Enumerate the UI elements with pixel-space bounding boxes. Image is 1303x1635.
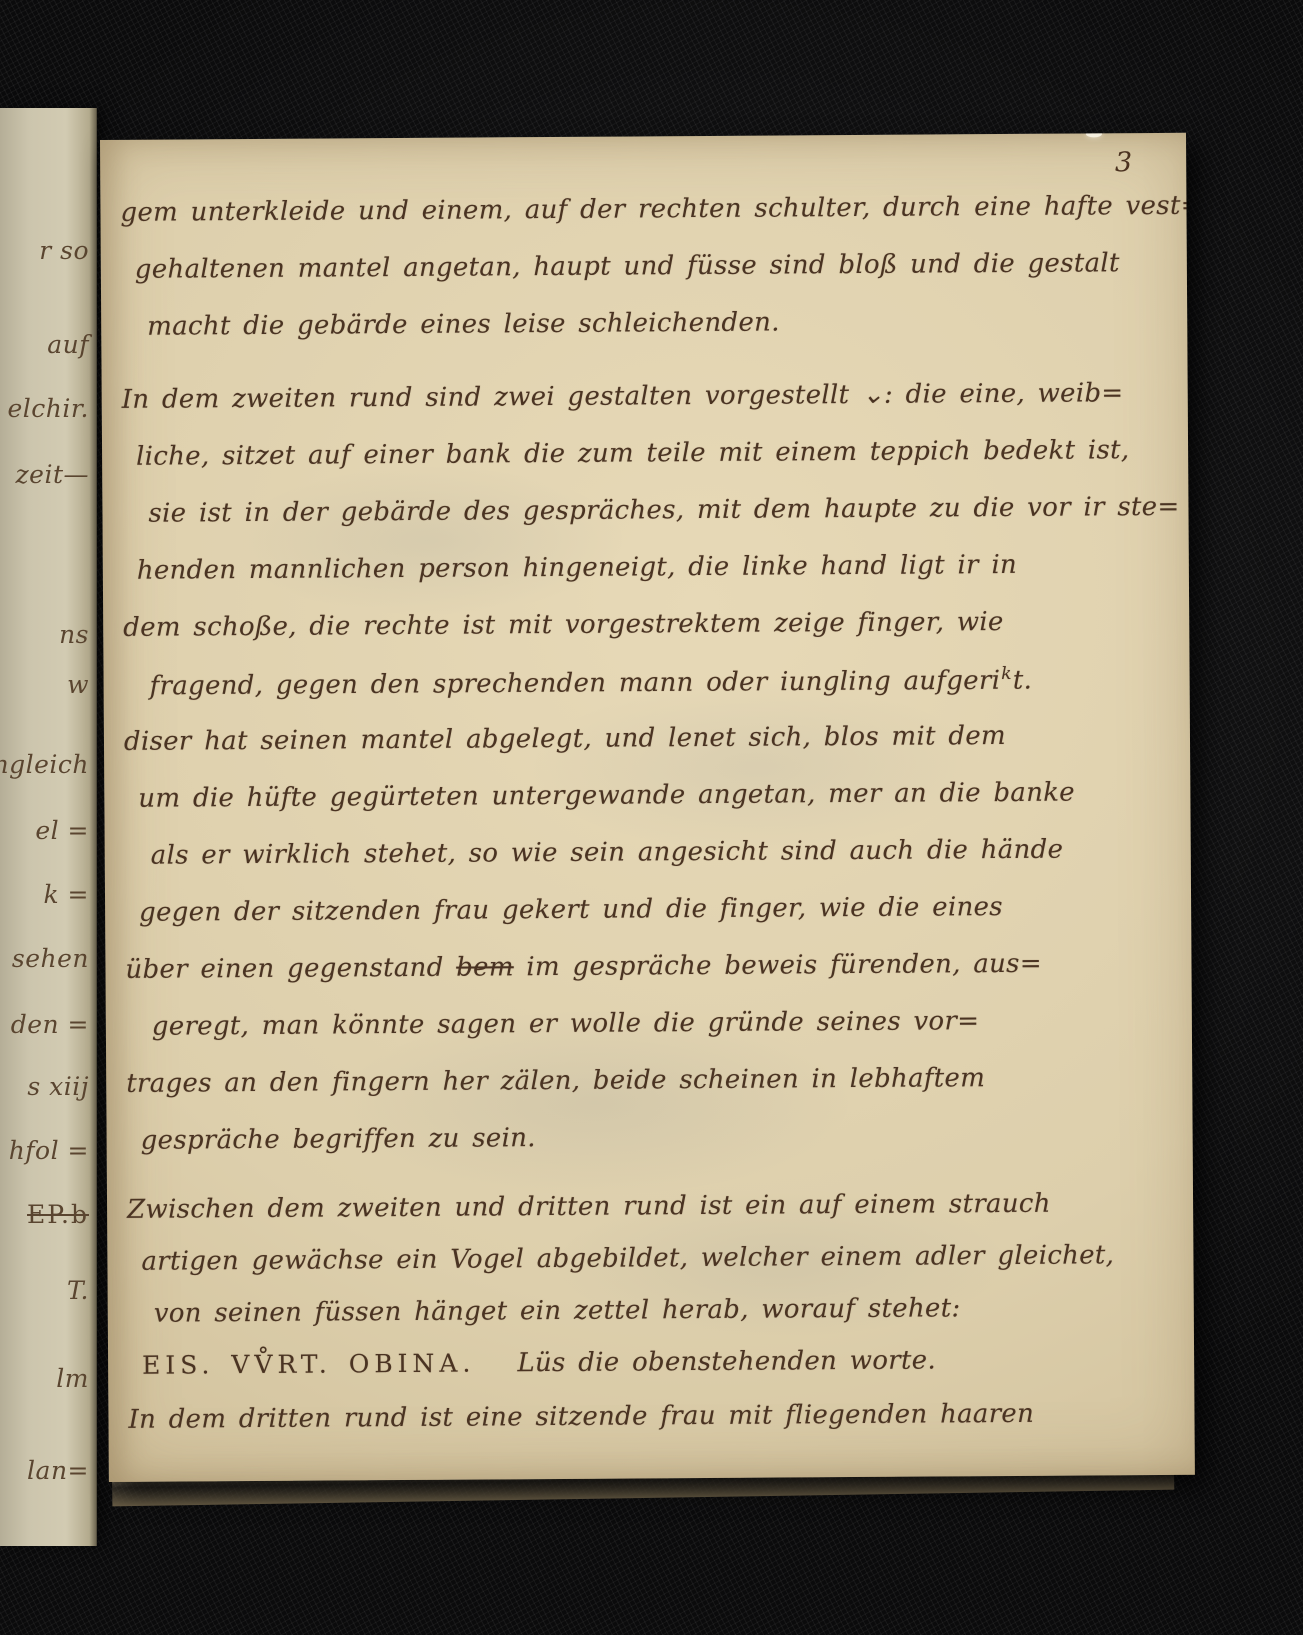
manuscript-line: trages an den fingern her zälen, beide s… <box>126 1062 1178 1126</box>
manuscript-line: als er wirklich stehet, so wie sein ange… <box>125 834 1177 898</box>
text-fragment: hfol = <box>0 1136 89 1165</box>
manuscript-line: um die hüfte gegürteten untergewande ang… <box>124 777 1176 841</box>
manuscript-line: gehaltenen mantel angetan, haupt und füs… <box>121 248 1173 312</box>
manuscript-line: dem schoße, die rechte ist mit vorgestre… <box>123 606 1175 670</box>
manuscript-line: In dem zweiten rund sind zwei gestalten … <box>122 378 1174 442</box>
line-text: über einen gegenstand <box>125 953 456 985</box>
manuscript-line: liche, sitzet auf einer bank die zum tei… <box>122 435 1174 499</box>
text-fragment: T. <box>0 1276 89 1305</box>
previous-page-edge: r so auf elchir. zeit— ns w ngleich el =… <box>0 108 97 1546</box>
manuscript-line-inscription: EIS. VV̊RT. OBINA.Lüs die obenstehenden … <box>128 1344 1180 1403</box>
page-number: 3 <box>1115 147 1132 178</box>
text-fragment-struck: EP.b <box>0 1200 89 1229</box>
manuscript-line: gem unterkleide und einem, auf der recht… <box>120 191 1172 255</box>
manuscript-line: geregt, man könnte sagen er wolle die gr… <box>126 1005 1178 1069</box>
manuscript-line: von seinen füssen hänget ein zettel hera… <box>128 1292 1180 1351</box>
line-text: t. <box>1013 665 1033 695</box>
manuscript-line: In dem dritten rund ist eine sitzende fr… <box>128 1398 1180 1457</box>
inserted-letter: k <box>1001 664 1012 684</box>
paragraph-1: gem unterkleide und einem, auf der recht… <box>120 191 1173 369</box>
text-fragment: w <box>0 670 89 699</box>
manuscript-line: diser hat seinen mantel abgelegt, und le… <box>124 720 1176 784</box>
line-text: Lüs die obenstehenden worte. <box>517 1345 936 1378</box>
text-fragment: k = <box>0 880 89 909</box>
line-text: fragend, gegen den sprechenden mann oder… <box>150 666 1001 702</box>
manuscript-line: gespräche begriffen zu sein. <box>127 1119 1179 1183</box>
text-fragment: sehen <box>0 944 89 973</box>
manuscript-line: sie ist in der gebärde des gespräches, m… <box>122 492 1174 556</box>
inscription-text: EIS. VV̊RT. OBINA. <box>142 1349 475 1380</box>
paragraph-3: Zwischen dem zweiten und dritten rund is… <box>127 1188 1180 1403</box>
text-fragment: den = <box>0 1010 89 1039</box>
manuscript-line-with-strikethrough: über einen gegenstand bem im gespräche b… <box>125 948 1177 1012</box>
page-corner-highlight <box>1086 133 1102 138</box>
manuscript-line: macht die gebärde eines leise schleichen… <box>121 305 1173 369</box>
text-fragment: lan= <box>0 1456 89 1485</box>
text-fragment: r so <box>0 236 89 265</box>
paragraph-2: In dem zweiten rund sind zwei gestalten … <box>122 378 1179 1183</box>
manuscript-text: gem unterkleide und einem, auf der recht… <box>120 191 1180 1457</box>
text-fragment: zeit— <box>0 460 89 489</box>
paragraph-4: In dem dritten rund ist eine sitzende fr… <box>128 1398 1180 1457</box>
text-fragment: ns <box>0 620 89 649</box>
text-fragment: el = <box>0 816 89 845</box>
manuscript-line: gegen der sitzenden frau gekert und die … <box>125 891 1177 955</box>
text-fragment: s xiij <box>0 1072 89 1101</box>
manuscript-page: 3 gem unterkleide und einem, auf der rec… <box>100 133 1195 1482</box>
manuscript-line: Zwischen dem zweiten und dritten rund is… <box>127 1188 1179 1247</box>
manuscript-line: artigen gewächse ein Vogel abgebildet, w… <box>127 1240 1179 1299</box>
struck-word: bem <box>456 952 514 982</box>
manuscript-line-with-correction: fragend, gegen den sprechenden mann oder… <box>124 663 1176 727</box>
text-fragment: auf <box>0 330 89 359</box>
text-fragment: lm <box>0 1364 89 1393</box>
text-fragment: elchir. <box>0 394 89 423</box>
manuscript-line: henden mannlichen person hingeneigt, die… <box>123 549 1175 613</box>
line-text: im gespräche beweis fürenden, aus= <box>514 949 1042 983</box>
text-fragment: ngleich <box>0 750 89 779</box>
